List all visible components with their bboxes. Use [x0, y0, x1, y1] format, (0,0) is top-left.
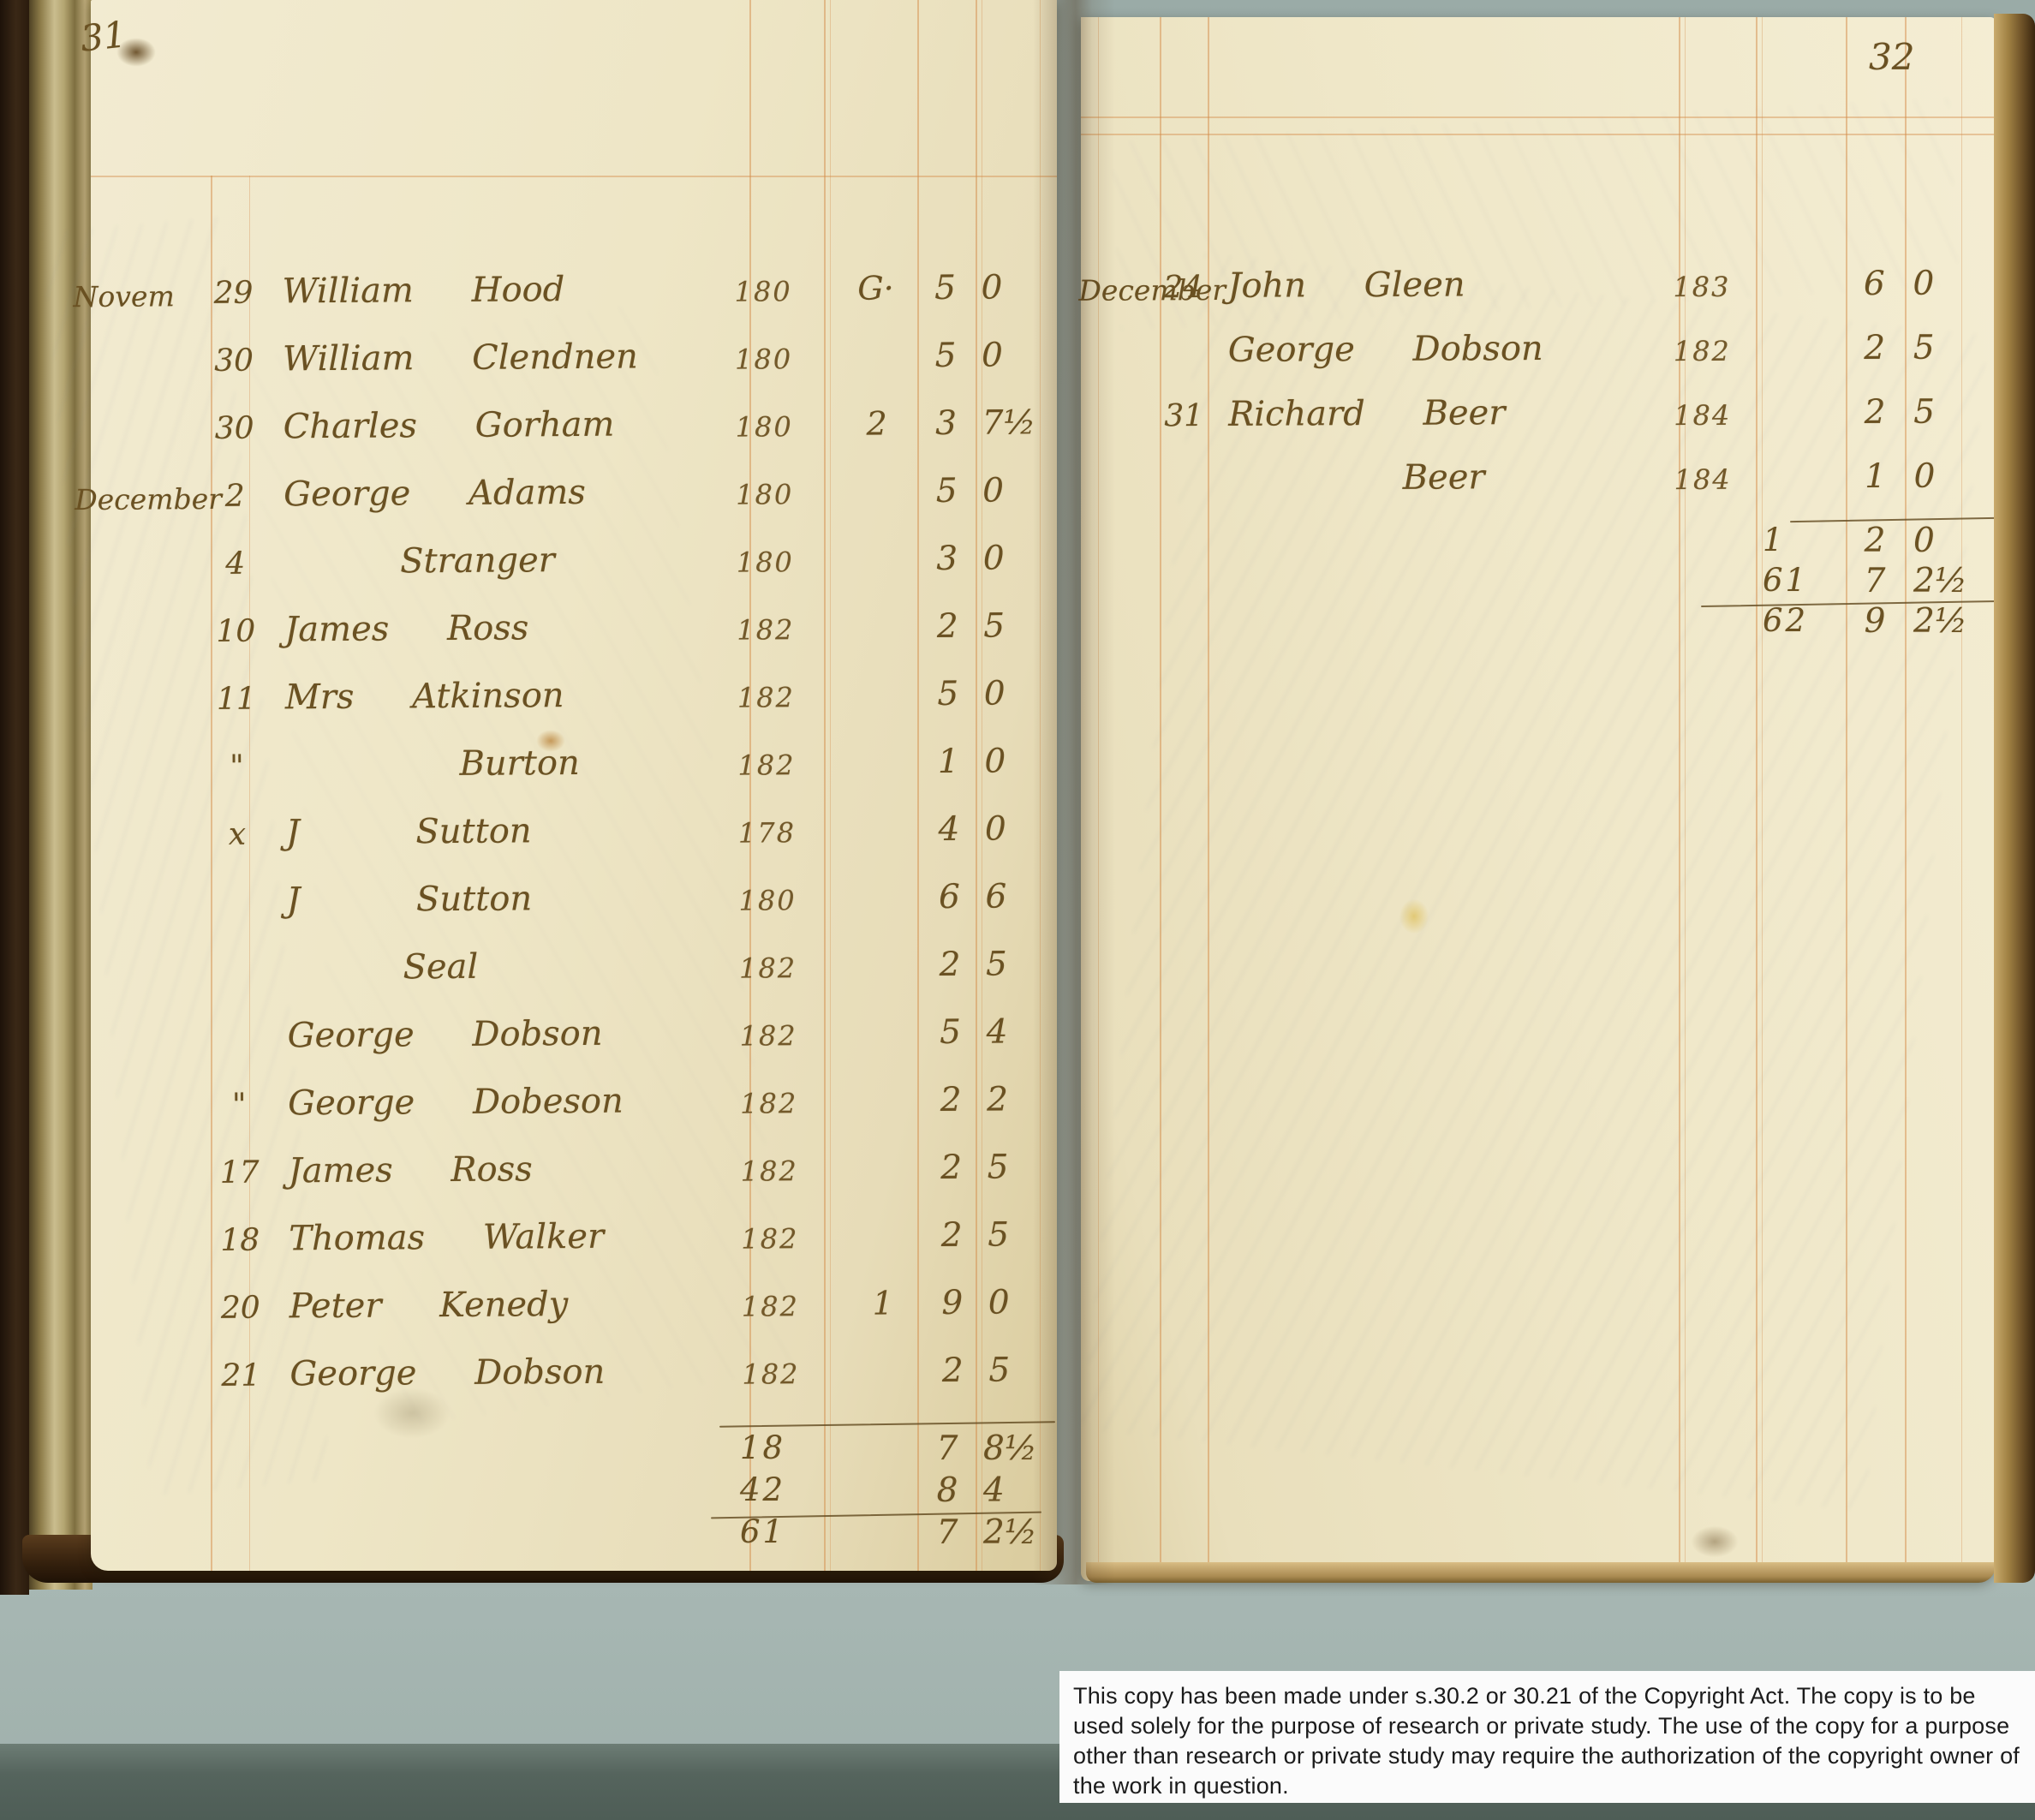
name-cell: George Dobson: [289, 1355, 605, 1392]
total-shillings: 9: [1848, 605, 1901, 638]
folio-cell: 182: [739, 954, 797, 982]
total-pence: 2½: [1913, 564, 1967, 598]
table-row: 21 George Dobson 182 2 5: [94, 1341, 1061, 1416]
folio-cell: 180: [735, 345, 792, 373]
name-cell: Thomas Walker: [289, 1220, 604, 1256]
amount-pence-cell: 0: [982, 338, 1003, 372]
extra-amount-cell: [843, 339, 910, 340]
total-count: 18: [740, 1432, 785, 1464]
extra-amount-cell: [844, 474, 910, 475]
total-shillings: 7: [1848, 564, 1901, 598]
total-count: 1: [1763, 524, 1786, 556]
amount-pence-cell: 5: [988, 1353, 1010, 1387]
total-count: 42: [740, 1474, 785, 1506]
amount-shillings-cell: 5: [920, 339, 971, 373]
amount-shillings-cell: 6: [923, 880, 975, 914]
name-cell: George Dobson: [287, 1017, 602, 1053]
amount-shillings-cell: 3: [922, 542, 973, 576]
folio-cell: 182: [1674, 337, 1731, 365]
amount-shillings-cell: 2: [1848, 331, 1901, 365]
amount-shillings-cell: 2: [924, 948, 976, 982]
extra-amount-cell: 1: [850, 1286, 916, 1320]
total-row: 18 7 8½: [735, 1427, 1060, 1469]
column-rule: [1160, 17, 1161, 1581]
table-row: " Burton 182 1 0: [90, 732, 1057, 807]
total-row: 61 7 2½: [735, 1511, 1060, 1553]
folio-cell: 182: [737, 683, 795, 711]
month-cell: December: [75, 485, 222, 514]
name-cell: James Ross: [289, 1152, 533, 1188]
total-shillings: 2: [1848, 524, 1901, 558]
column-rule: [1208, 17, 1209, 1581]
folio-cell: 180: [737, 548, 794, 576]
day-cell: x: [211, 820, 264, 850]
day-cell: 18: [213, 1226, 266, 1256]
amount-pence-cell: 0: [988, 1286, 1010, 1319]
table-row: December 2 George Adams 180 5 0: [88, 462, 1055, 536]
header-rule: [1081, 116, 1996, 118]
table-row: Seal 182 2 5: [92, 935, 1059, 1010]
total-row: 62 9 2½: [1670, 601, 1996, 641]
table-row: J Sutton 180 6 6: [91, 868, 1058, 942]
amount-shillings-cell: 1: [922, 745, 974, 779]
extra-amount-cell: [845, 745, 912, 746]
folio-cell: 184: [1674, 402, 1731, 429]
folio-cell: 178: [738, 819, 796, 846]
amount-shillings-cell: 2: [922, 610, 973, 643]
folio-cell: 182: [741, 1225, 798, 1252]
table-row: 17 James Ross 182 2 5: [92, 1138, 1059, 1213]
day-cell: 24: [1157, 272, 1208, 303]
copyright-text: This copy has been made under s.30.2 or …: [1073, 1683, 2020, 1799]
amount-pence-cell: 5: [986, 947, 1007, 981]
page-number: 32: [1869, 39, 1914, 75]
table-row: 18 Thomas Walker 182 2 5: [93, 1206, 1060, 1280]
amount-pence-cell: 5: [988, 1150, 1009, 1184]
day-cell: 10: [209, 617, 262, 647]
amount-shillings-cell: 2: [926, 1151, 977, 1184]
day-cell: 21: [214, 1361, 267, 1392]
name-cell: William Hood: [282, 272, 564, 308]
amount-shillings-cell: 3: [921, 407, 972, 440]
name-cell: William Clendnen: [283, 339, 638, 376]
extra-amount-cell: [846, 813, 913, 814]
amount-pence-cell: 5: [1913, 331, 1935, 365]
table-row: 11 Mrs Atkinson 182 5 0: [90, 665, 1057, 739]
amount-shillings-cell: 5: [924, 1016, 976, 1049]
table-row: 30 William Clendnen 180 5 0: [87, 326, 1054, 401]
ledger-scan: 31 Novem 29 William Hood 180 G· 5 0 30: [0, 0, 2035, 1820]
amount-pence-cell: 0: [983, 541, 1005, 575]
day-cell: ": [210, 752, 263, 783]
day-cell: 30: [208, 414, 261, 445]
amount-pence-cell: 5: [988, 1218, 1009, 1251]
total-count: 62: [1763, 605, 1808, 636]
day-cell: 11: [210, 684, 263, 715]
extra-amount-cell: [847, 948, 914, 949]
amount-pence-cell: 0: [984, 677, 1006, 710]
table-row: 31 Richard Beer 184 2 5: [1081, 385, 1996, 454]
folio-cell: 180: [736, 413, 793, 440]
column-rule: [1762, 17, 1763, 1581]
copyright-notice: This copy has been made under s.30.2 or …: [1059, 1671, 2035, 1803]
amount-shillings-cell: 2: [1848, 396, 1901, 429]
amount-shillings-cell: 5: [919, 272, 970, 305]
amount-pence-cell: 0: [981, 271, 1002, 304]
amount-shillings-cell: 6: [1847, 267, 1901, 301]
totals-left: 18 7 8½ 42 8 4 61 7 2½: [735, 1427, 1060, 1553]
folio-cell: 180: [734, 277, 791, 305]
extra-amount-cell: [844, 610, 911, 611]
folio-cell: 182: [740, 1022, 797, 1049]
name-cell: Richard Beer: [1228, 396, 1505, 432]
name-cell: George Dobeson: [288, 1084, 624, 1121]
ink-blot: [116, 38, 156, 67]
table-row: 20 Peter Kenedy 182 1 9 0: [94, 1274, 1061, 1348]
amount-shillings-cell: 4: [923, 813, 975, 846]
ledger-page-right: 32 December 24 John Gleen 183 6 0 George…: [1081, 17, 1996, 1581]
extra-amount-cell: [845, 677, 912, 678]
name-cell: George Adams: [283, 475, 586, 511]
table-row: 10 James Ross 182 2 5: [89, 597, 1056, 671]
day-cell: 31: [1158, 401, 1209, 432]
total-count: 61: [740, 1516, 785, 1548]
right-page-bottom-edge: [1086, 1562, 1996, 1583]
folio-cell: 182: [740, 1089, 797, 1117]
total-row: 42 8 4: [735, 1469, 1060, 1511]
name-cell: John Gleen: [1227, 267, 1465, 302]
total-pence: 2½: [983, 1516, 1037, 1549]
amount-pence-cell: 0: [982, 474, 1004, 507]
folio-cell: 182: [742, 1360, 799, 1387]
column-rule: [1685, 17, 1686, 1581]
column-rule: [1679, 17, 1680, 1581]
table-row: Novem 29 William Hood 180 G· 5 0: [87, 259, 1053, 333]
header-rule: [91, 176, 1057, 177]
amount-pence-cell: 4: [986, 1015, 1007, 1048]
amount-shillings-cell: 1: [1848, 460, 1901, 493]
total-pence: 8½: [983, 1432, 1037, 1465]
page-edges-right: [1994, 14, 2035, 1583]
day-cell: 2: [208, 481, 261, 512]
name-cell: George Dobson: [1228, 331, 1543, 367]
extra-amount-cell: [849, 1151, 916, 1152]
day-cell: ": [212, 1090, 266, 1121]
day-cell: 17: [213, 1158, 266, 1189]
amount-shillings-cell: 2: [925, 1083, 976, 1117]
ink-marks: [1689, 1525, 1740, 1559]
amount-pence-cell: 0: [1913, 267, 1934, 301]
amount-pence-cell: 5: [983, 609, 1005, 642]
total-count: 61: [1763, 564, 1808, 596]
folio-cell: 180: [738, 886, 796, 914]
table-row: George Dobson 182 5 4: [92, 1003, 1059, 1077]
column-rule: [1846, 17, 1847, 1581]
amount-pence-cell: 0: [984, 744, 1006, 778]
ledger-entries-right: December 24 John Gleen 183 6 0 George Do…: [1080, 256, 1996, 518]
name-cell: J Sutton: [286, 814, 532, 850]
name-cell: Stranger: [284, 543, 555, 579]
column-rule: [1756, 17, 1757, 1581]
extra-amount-cell: [850, 1354, 916, 1355]
extra-amount-cell: [846, 880, 913, 881]
day-cell: 20: [214, 1293, 267, 1324]
table-row: " George Dobeson 182 2 2: [92, 1071, 1059, 1145]
name-cell: Mrs Atkinson: [285, 678, 564, 714]
amount-shillings-cell: 2: [927, 1354, 978, 1387]
header-rule: [1081, 134, 1996, 135]
name-cell: Peter Kenedy: [289, 1287, 569, 1323]
total-row: 1 2 0: [1670, 521, 1996, 561]
table-row: 30 Charles Gorham 180 2 3 7½: [87, 394, 1054, 468]
amount-pence-cell: 7½: [982, 406, 1036, 439]
table-row: 4 Stranger 180 3 0: [89, 529, 1056, 604]
amount-shillings-cell: 2: [926, 1219, 977, 1252]
table-row: George Dobson 182 2 5: [1081, 320, 1996, 390]
ledger-page-left: 31 Novem 29 William Hood 180 G· 5 0 30: [91, 0, 1057, 1571]
amount-pence-cell: 6: [985, 880, 1006, 913]
total-pence: 4: [983, 1474, 1005, 1507]
table-row: Beer 184 1 0: [1081, 449, 1996, 518]
folio-cell: 182: [737, 751, 795, 779]
totals-right: 1 2 0 61 7 2½ 62 9 2½: [1670, 521, 1996, 641]
folio-cell: 184: [1674, 466, 1731, 493]
name-cell: Seal: [287, 950, 478, 986]
folio-cell: 182: [737, 616, 794, 643]
amount-shillings-cell: 5: [922, 677, 974, 711]
extra-amount-cell: [844, 542, 911, 543]
name-cell: J Sutton: [286, 881, 532, 917]
total-pence: 2½: [1913, 605, 1967, 638]
extra-amount-cell: 2: [844, 407, 910, 440]
amount-pence-cell: 2: [987, 1083, 1008, 1116]
amount-pence-cell: 0: [1913, 460, 1935, 493]
column-rule: [1905, 17, 1907, 1581]
book-spine-edge: [0, 0, 29, 1595]
day-cell: 30: [207, 346, 260, 377]
day-cell: 4: [209, 549, 262, 580]
folio-cell: 180: [736, 480, 793, 508]
amount-shillings-cell: 9: [927, 1286, 978, 1320]
ledger-entries-left: Novem 29 William Hood 180 G· 5 0 30 Will…: [87, 259, 1060, 1416]
name-cell: Charles Gorham: [283, 408, 615, 445]
total-pence: 0: [1913, 524, 1935, 558]
paper-stain: [1399, 899, 1429, 934]
column-rule: [1961, 17, 1962, 1581]
book-gutter-shadow: [1033, 0, 1115, 1584]
month-cell: Novem: [73, 282, 174, 311]
folio-cell: 182: [742, 1292, 799, 1320]
day-cell: 29: [206, 278, 260, 309]
extra-amount-cell: [847, 1016, 914, 1017]
folio-cell: 183: [1673, 273, 1730, 301]
extra-amount-cell: [848, 1083, 915, 1084]
extra-amount-cell: [849, 1219, 916, 1220]
name-cell: Beer: [1228, 460, 1484, 496]
total-shillings: 7: [922, 1432, 973, 1465]
amount-shillings-cell: 5: [921, 474, 972, 508]
name-cell: Burton: [285, 746, 580, 782]
amount-pence-cell: 5: [1913, 396, 1935, 429]
name-cell: James Ross: [284, 611, 528, 647]
table-row: December 24 John Gleen 183 6 0: [1080, 256, 1995, 325]
folio-cell: 182: [741, 1157, 798, 1184]
extra-amount-cell: G·: [842, 272, 909, 305]
total-shillings: 7: [922, 1516, 973, 1549]
total-shillings: 8: [922, 1474, 973, 1507]
total-row: 61 7 2½: [1670, 561, 1996, 601]
table-row: x J Sutton 178 4 0: [91, 800, 1058, 874]
amount-pence-cell: 0: [985, 812, 1006, 845]
